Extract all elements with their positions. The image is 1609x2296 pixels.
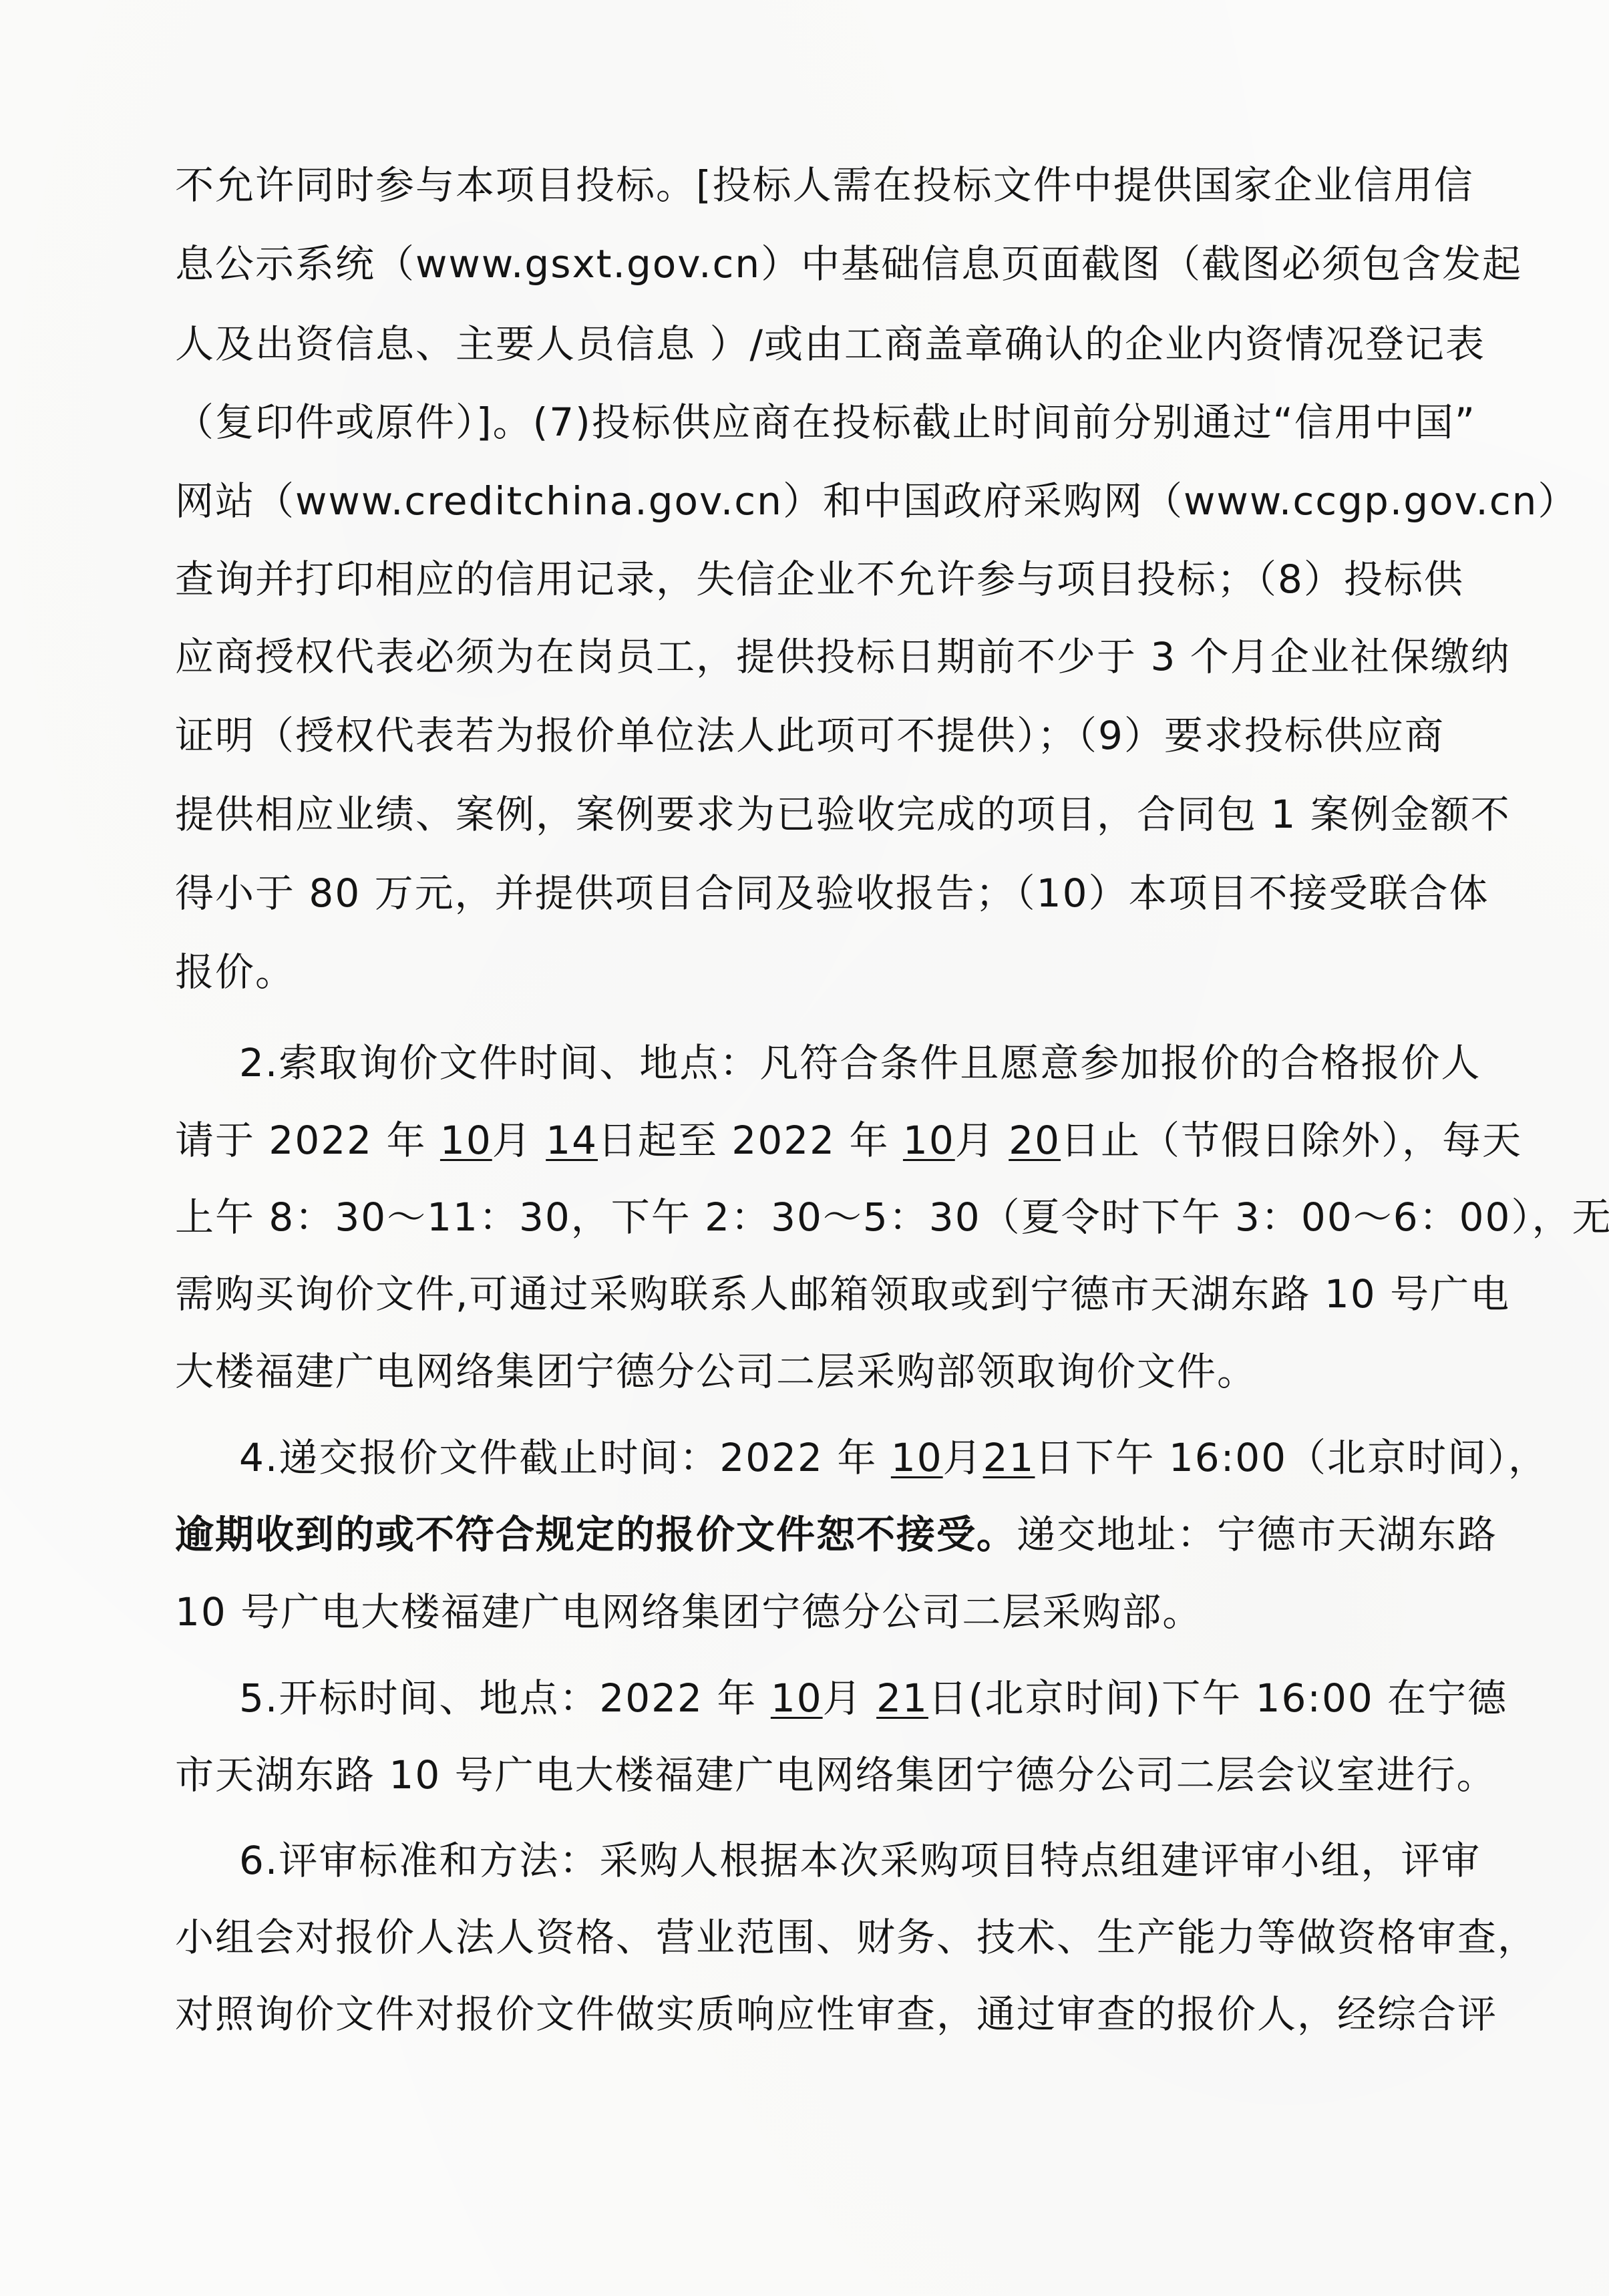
deadline-month: 10 — [891, 1435, 943, 1480]
text-segment: 5.开标时间、地点：2022 年 — [239, 1675, 757, 1721]
text-line: 小组会对报价人法人资格、营业范围、财务、技术、生产能力等做资格审查， — [175, 1907, 1538, 1967]
end-month: 10 — [903, 1118, 955, 1163]
text-line: （复印件或原件）]。(7)投标供应商在投标截止时间前分别通过“信用中国” — [175, 392, 1476, 452]
text-line: 大楼福建广电网络集团宁德分公司二层采购部领取询价文件。 — [175, 1341, 1257, 1402]
text-line: 对照询价文件对报价文件做实质响应性审查，通过审查的报价人，经综合评 — [175, 1984, 1497, 2044]
text-segment: 月 — [943, 1435, 983, 1480]
text-segment: 日下午 16:00（北京时间）， — [1035, 1435, 1548, 1480]
text-line: 市天湖东路 10 号广电大楼福建广电网络集团宁德分公司二层会议室进行。 — [175, 1745, 1497, 1805]
text-segment: 日(北京时间)下午 16:00 在宁德 — [928, 1675, 1507, 1721]
text-line: 报价。 — [175, 942, 295, 1002]
text-segment: 日起至 2022 年 — [598, 1118, 889, 1163]
deadline-day: 21 — [983, 1435, 1035, 1480]
text-line: 息公示系统（www.gsxt.gov.cn）中基础信息页面截图（截图必须包含发起 — [175, 234, 1522, 294]
start-month: 10 — [440, 1118, 492, 1163]
text-segment: 日止（节假日除外），每天 — [1061, 1118, 1522, 1163]
text-line: 网站（www.creditchina.gov.cn）和中国政府采购网（www.c… — [175, 471, 1578, 531]
scanned-page: 不允许同时参与本项目投标。[投标人需在投标文件中提供国家企业信用信 息公示系统（… — [0, 0, 1609, 2296]
text-segment: 月 — [955, 1118, 995, 1163]
text-line: 应商授权代表必须为在岗员工，提供投标日期前不少于 3 个月企业社保缴纳 — [175, 627, 1511, 687]
text-segment: 月 — [492, 1118, 532, 1163]
text-segment: 月 — [823, 1675, 863, 1721]
section-6-heading-line: 6.评审标准和方法：采购人根据本次采购项目特点组建评审小组，评审 — [175, 1830, 1481, 1891]
opening-month: 10 — [771, 1675, 823, 1721]
section-2-heading-line: 2.索取询价文件时间、地点：凡符合条件且愿意参加报价的合格报价人 — [175, 1033, 1481, 1093]
section-4-deadline-line: 4.递交报价文件截止时间：2022 年 10月21日下午 16:00（北京时间）… — [175, 1428, 1548, 1488]
section-5-opening-line: 5.开标时间、地点：2022 年 10月 21日(北京时间)下午 16:00 在… — [175, 1668, 1507, 1728]
text-line: 需购买询价文件,可通过采购联系人邮箱领取或到宁德市天湖东路 10 号广电 — [175, 1264, 1510, 1324]
section-4-notice-line: 逾期收到的或不符合规定的报价文件恕不接受。递交地址：宁德市天湖东路 — [175, 1504, 1497, 1565]
text-line: 人及出资信息、主要人员信息 ）/或由工商盖章确认的企业内资情况登记表 — [175, 314, 1485, 374]
text-line: 证明（授权代表若为报价单位法人此项可不提供）；（9）要求投标供应商 — [175, 705, 1445, 766]
text-segment: 递交地址：宁德市天湖东路 — [1017, 1512, 1497, 1557]
text-line: 得小于 80 万元，并提供项目合同及验收报告；（10）本项目不接受联合体 — [175, 863, 1489, 923]
start-day: 14 — [546, 1118, 598, 1163]
text-segment: 请于 2022 年 — [175, 1118, 426, 1163]
text-line: 查询并打印相应的信用记录，失信企业不允许参与项目投标；（8）投标供 — [175, 549, 1464, 609]
section-2-date-line: 请于 2022 年 10月 14日起至 2022 年 10月 20日止（节假日除… — [175, 1110, 1522, 1170]
section-2-hours-line: 上午 8：30～11：30，下午 2：30～5：30（夏令时下午 3：00～6：… — [175, 1187, 1609, 1247]
text-segment: 4.递交报价文件截止时间：2022 年 — [239, 1435, 877, 1480]
end-day: 20 — [1009, 1118, 1061, 1163]
text-line: 提供相应业绩、案例，案例要求为已验收完成的项目，合同包 1 案例金额不 — [175, 784, 1511, 844]
text-line: 不允许同时参与本项目投标。[投标人需在投标文件中提供国家企业信用信 — [175, 155, 1474, 215]
text-line: 10 号广电大楼福建广电网络集团宁德分公司二层采购部。 — [175, 1582, 1202, 1642]
opening-day: 21 — [876, 1675, 928, 1721]
late-submission-warning: 逾期收到的或不符合规定的报价文件恕不接受。 — [175, 1512, 1017, 1557]
